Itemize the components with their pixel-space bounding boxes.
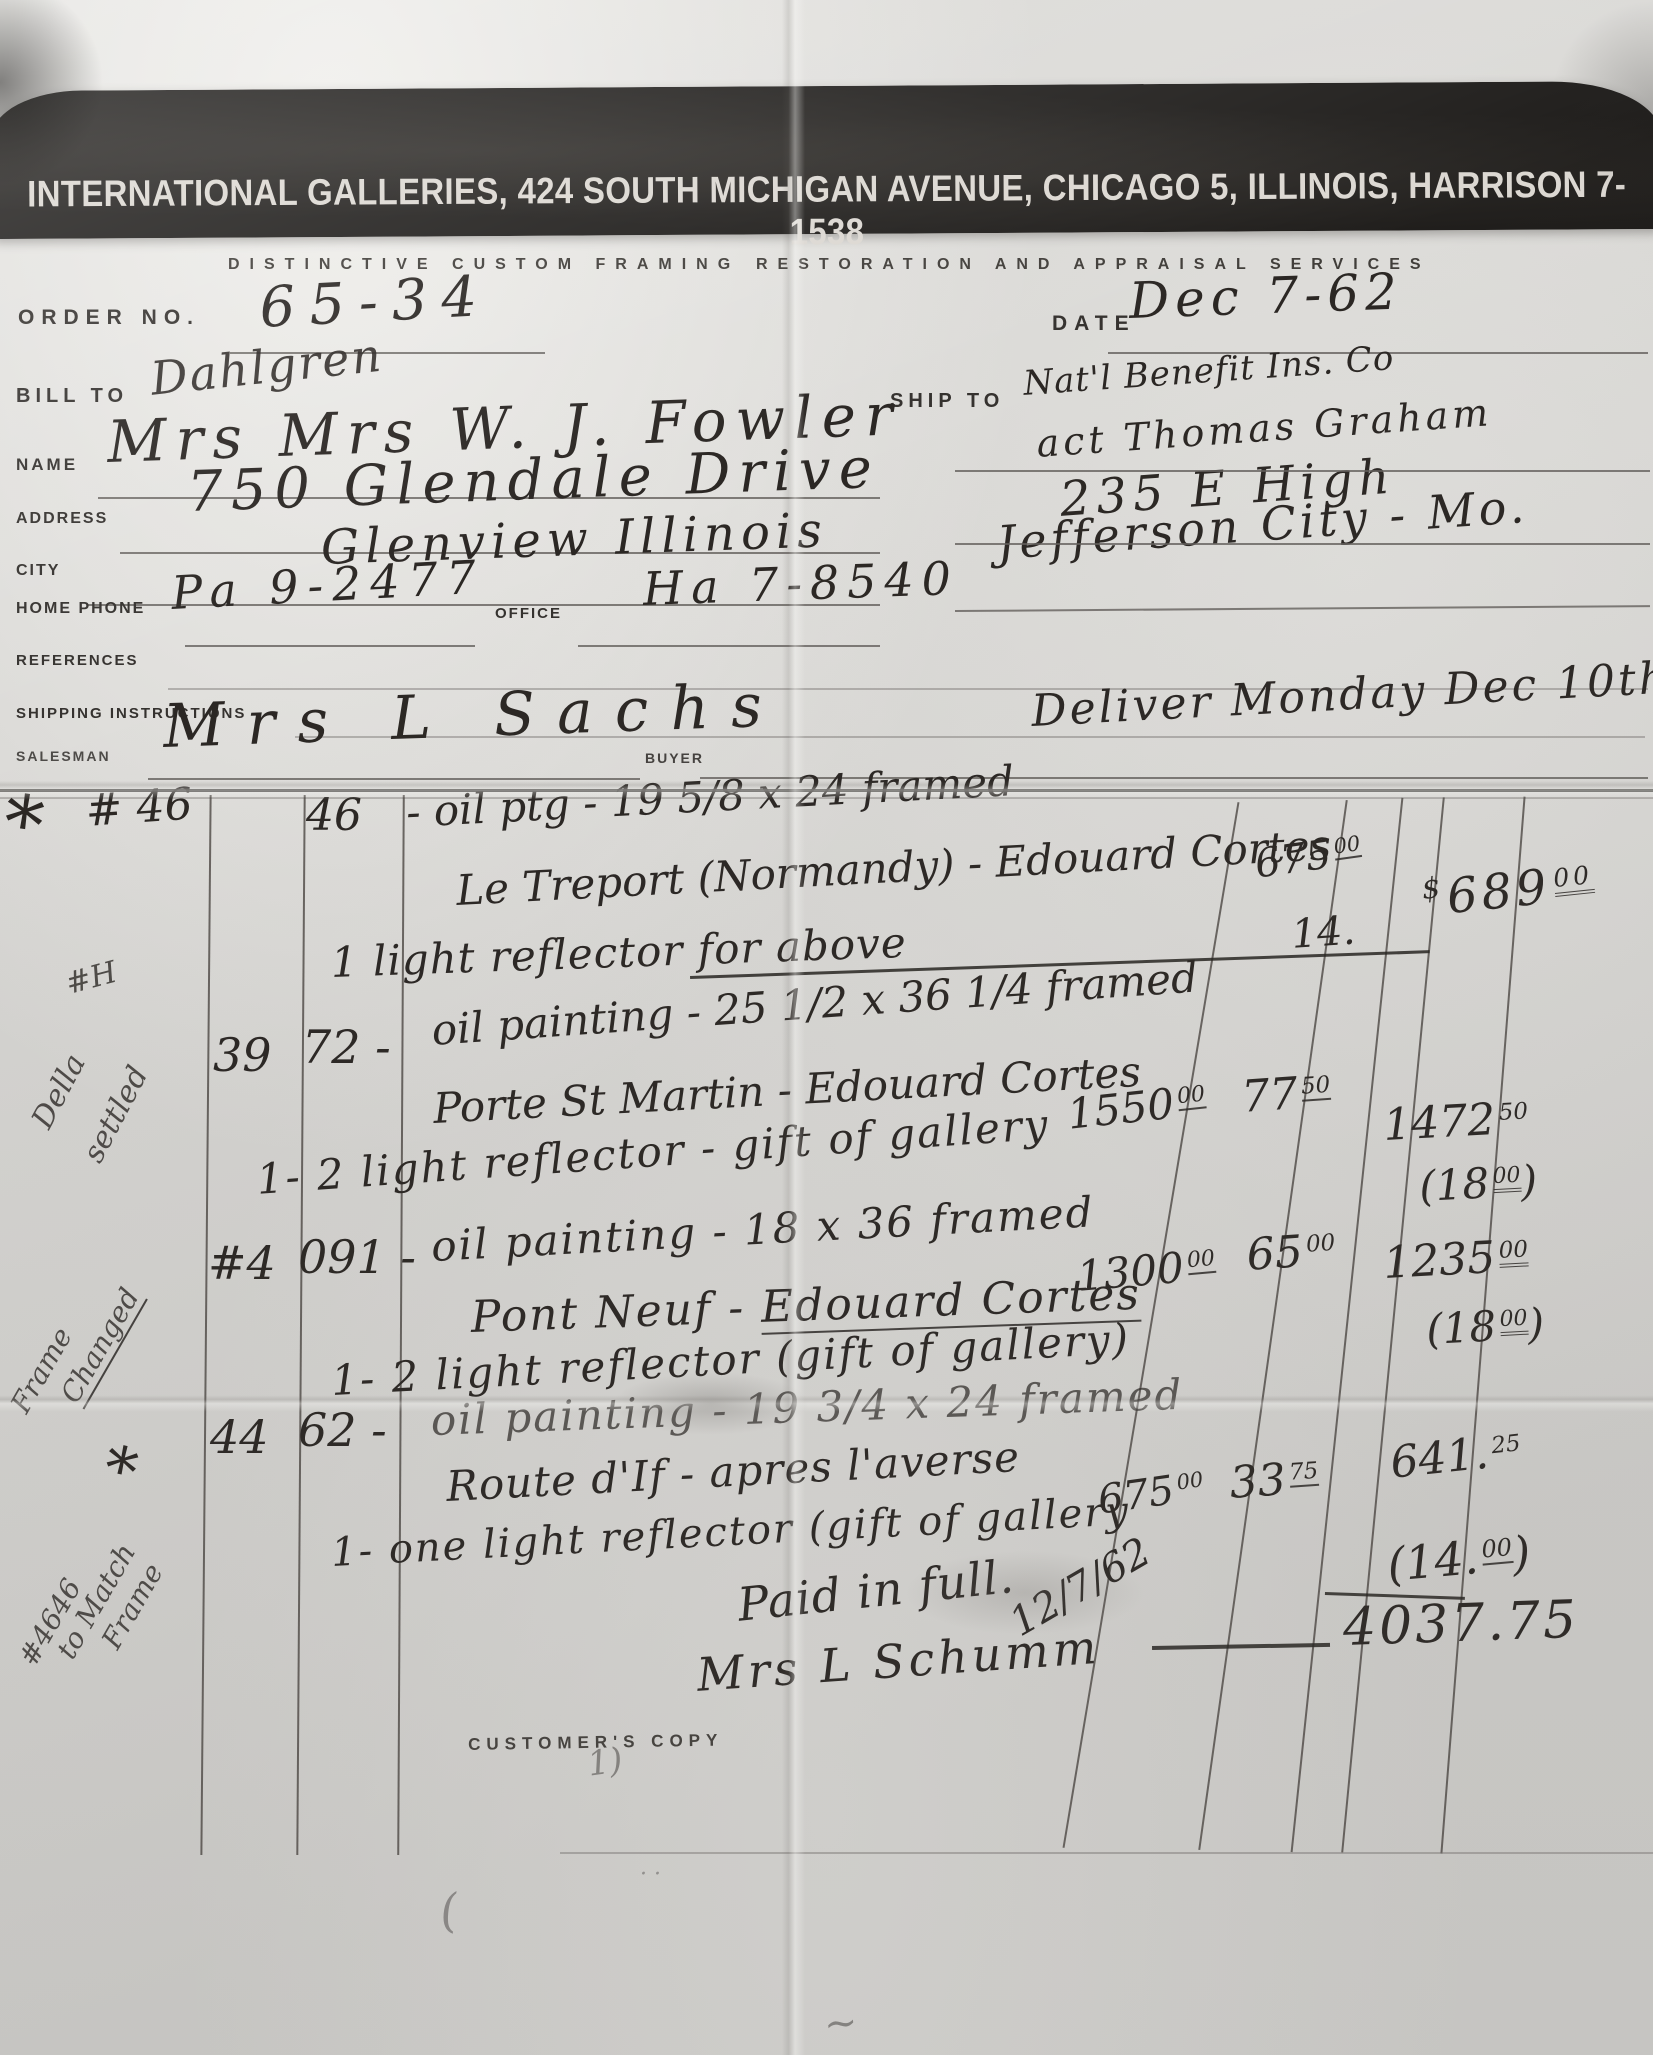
item4-charge-cents: 75: [1288, 1458, 1319, 1488]
ship-to-line2: act Thomas Graham: [1035, 390, 1494, 466]
item1-line3: 1 light reflector for above: [330, 918, 907, 987]
item1-line1: - oil ptg - 19 5/8 x 24 framed: [405, 756, 1015, 837]
item2-gift-cents: 00: [1492, 1163, 1521, 1193]
item2-price-cents: 00: [1176, 1082, 1206, 1112]
item1-total-cents: 00: [1552, 860, 1595, 897]
grand-total: 4037.75: [1342, 1590, 1580, 1658]
item4-gift-open: (14.: [1385, 1530, 1480, 1592]
buyer-label: BUYER: [645, 750, 704, 766]
item4-net: 641.25: [1388, 1424, 1524, 1488]
item4-charge: 3375: [1228, 1452, 1320, 1509]
item3-net: 123500: [1382, 1230, 1530, 1289]
table-bottom-rule: [560, 1852, 1653, 1854]
item1-stock-b: 46: [306, 790, 362, 841]
item2-net-dollars: 1472: [1382, 1094, 1497, 1151]
item1-total-dollar-sign: $: [1420, 869, 1446, 905]
item3-gift-open: (18: [1425, 1301, 1497, 1354]
item3-price-dollars: 1300: [1075, 1243, 1186, 1301]
stray-mark-4: ~: [822, 1999, 859, 2048]
name-label: NAME: [16, 455, 78, 475]
item3-gift-cents: 00: [1499, 1306, 1528, 1336]
salesman-label: SALESMAN: [16, 748, 111, 764]
ship-to-line1: Nat'l Benefit Ins. Co: [1022, 338, 1396, 404]
item2-gift-close: ): [1519, 1156, 1538, 1206]
ship-to-rule-2: [955, 543, 1650, 545]
date-label: DATE: [1052, 312, 1136, 336]
item4-net-cents: 25: [1490, 1430, 1522, 1459]
item4-stock-a: 44: [210, 1410, 269, 1464]
item1-stock-a: # 46: [84, 779, 194, 837]
office-phone-label: OFFICE: [495, 605, 562, 622]
total-dash-stroke: [1152, 1643, 1330, 1650]
address-label: ADDRESS: [16, 510, 108, 528]
ship-to-label: SHIP TO: [890, 390, 1004, 413]
date-value: Dec 7-62: [1128, 262, 1404, 330]
item2-charge-cents: 50: [1300, 1072, 1331, 1102]
item3-charge: 6500: [1245, 1224, 1337, 1281]
delivery-note: Deliver Monday Dec 10th: [1030, 653, 1653, 737]
item3-title: Pont Neuf -: [470, 1282, 762, 1343]
ship-to-rule-1: [955, 470, 1650, 472]
item4-gift-note: (14.00): [1385, 1525, 1533, 1591]
item4-gift-cents: 00: [1480, 1533, 1513, 1566]
paid-note: Paid in full.: [735, 1549, 1017, 1632]
stray-mark-2: (: [437, 1883, 460, 1939]
salesman-value: Mrs L Sachs: [162, 670, 785, 762]
paid-signature: Mrs L Schumm: [695, 1620, 1102, 1702]
item2-charge-dollars: 77: [1240, 1068, 1299, 1123]
header-banner: INTERNATIONAL GALLERIES, 424 SOUTH MICHI…: [0, 81, 1653, 239]
item2-margin-note-1: Della: [25, 1048, 93, 1134]
ship-to-rule-3: [955, 605, 1650, 612]
bill-to-scrawl: Dahlgren: [148, 328, 385, 406]
item4-charge-dollars: 33: [1228, 1454, 1287, 1509]
table-vrule-b: [296, 795, 305, 1855]
item2-charge: 7750: [1240, 1066, 1332, 1123]
item2-stock-a: 39: [213, 1028, 272, 1082]
item2-margin-tag: #H: [62, 955, 121, 1002]
item4-gift-close: ): [1510, 1525, 1533, 1580]
item1-line2: Le Treport (Normandy) - Edouard Cortes: [455, 820, 1332, 915]
item3-gift-note: (1800): [1425, 1299, 1545, 1354]
item2-net-cents: 50: [1498, 1098, 1528, 1125]
item2-net: 147250: [1382, 1092, 1530, 1151]
item3-charge-cents: 00: [1305, 1230, 1336, 1258]
scanned-invoice-page: INTERNATIONAL GALLERIES, 424 SOUTH MICHI…: [0, 0, 1653, 2055]
item1-extra-charge: 14.: [1290, 908, 1357, 958]
item4-stock-b: 62 -: [298, 1403, 387, 1457]
item3-price: 130000: [1075, 1240, 1217, 1301]
item2-stock-b: 72 -: [302, 1020, 391, 1074]
item2-price-dollars: 1550: [1065, 1079, 1176, 1139]
item1-price-dollars: 675: [1252, 831, 1334, 887]
references-label: REFERENCES: [16, 652, 139, 669]
home-phone-value: Pa 9-2477: [170, 550, 486, 620]
item2-gift-note: (1800): [1418, 1156, 1538, 1211]
item1-total-dollars: 689: [1444, 859, 1553, 926]
item4-margin-star: *: [97, 1432, 144, 1511]
item3-stock-a: #4: [208, 1236, 276, 1290]
stray-mark-1: 1): [585, 1740, 625, 1784]
office-phone-underline: [578, 645, 880, 647]
city-label: CITY: [16, 562, 60, 580]
office-phone-value: Ha 7-8540: [642, 551, 960, 616]
home-phone-label: HOME PHONE: [16, 600, 145, 618]
table-vrule-a: [200, 795, 211, 1855]
item1-price-cents: 00: [1332, 831, 1362, 860]
item2-gift-open: (18: [1418, 1158, 1490, 1211]
stray-mark-3: · ·: [640, 1862, 661, 1887]
gallery-name-address: INTERNATIONAL GALLERIES, 424 SOUTH MICHI…: [0, 163, 1653, 258]
item3-gift-close: ): [1526, 1299, 1545, 1349]
item3-net-cents: 00: [1498, 1236, 1529, 1267]
item3-net-dollars: 1235: [1382, 1232, 1497, 1289]
item2-margin-note-2: settled: [76, 1060, 156, 1168]
order-no-label: ORDER NO.: [18, 306, 200, 330]
item3-charge-dollars: 65: [1245, 1226, 1304, 1281]
item1-margin-star: *: [0, 778, 49, 873]
item3-price-cents: 00: [1186, 1246, 1216, 1275]
item1-total: $68900: [1420, 854, 1597, 928]
bill-to-label: BILL TO: [16, 385, 128, 408]
item4-price-cents: 00: [1175, 1467, 1205, 1494]
home-phone-underline: [185, 645, 475, 647]
item3-stock-b: 091 -: [298, 1230, 416, 1284]
item4-net-dollars: 641.: [1388, 1428, 1491, 1489]
item3-line1: oil painting - 18 x 36 framed: [430, 1187, 1096, 1271]
